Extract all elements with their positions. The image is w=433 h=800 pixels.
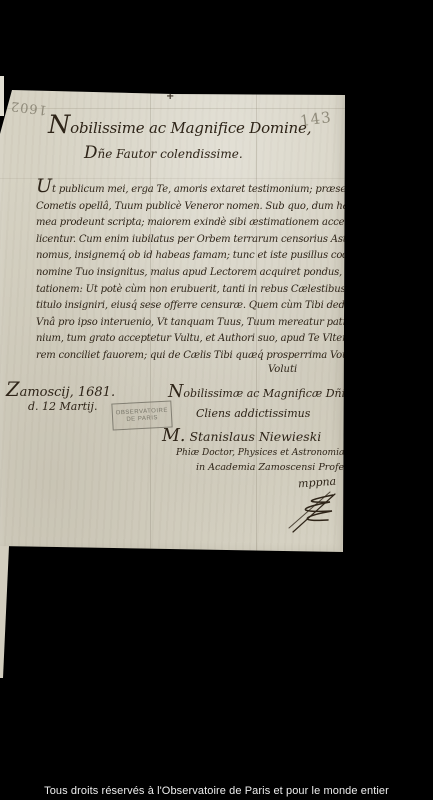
dateline-day: d. 12 Martij. — [28, 400, 97, 413]
body-line: titulo insigniri, eiusq́ sese offerre ce… — [36, 298, 346, 315]
body-line: tationem: Ut potè cùm non erubuerit, tan… — [36, 282, 346, 299]
signature-title-1: Phiæ Doctor, Physices et Astronomiæ — [176, 448, 347, 458]
closing-formula: Cliens addictissimus — [196, 407, 310, 420]
scanned-letter-view: + 1602 143 Nobilissime ac Magnifice Domi… — [0, 0, 433, 800]
body-line: nomine Tuo insignitus, maius apud Lector… — [36, 265, 346, 282]
signature-title-2: in Academia Zamoscensi Professor, — [196, 462, 366, 473]
body-line: Vnâ pro ipso interuenio, Vt tanquam Tuus… — [36, 315, 346, 332]
manuscript-page: + 1602 143 Nobilissime ac Magnifice Domi… — [0, 82, 348, 552]
dateline-place-year: Zamoscij, 1681. — [6, 378, 115, 401]
body-line: mea prodeunt scripta; maiorem exindè sib… — [36, 215, 346, 232]
body-line: Cometis opellâ, Tuum publicè Veneror nom… — [36, 199, 346, 216]
signature-flourish — [286, 490, 340, 536]
adjacent-page-edge-bottom — [0, 546, 10, 678]
stamp-line-2: DE PARIS — [126, 415, 158, 424]
signature-name: M. Stanislaus Niewieski — [162, 426, 321, 446]
body-line: nomus, insignemq́ ob id habeas famam; tu… — [36, 248, 346, 265]
salutation-line-2: Dñe Fautor colendissime. — [84, 142, 243, 162]
body-line: Ut publicum mei, erga Te, amoris extaret… — [36, 178, 346, 199]
body-line: licentur. Cum enim iubilatus per Orbem t… — [36, 232, 346, 249]
salutation-line-1: Nobilissime ac Magnifice Domine, — [48, 110, 311, 140]
manu-propria-abbreviation: mppna — [298, 475, 337, 491]
invocation-cross-mark: + — [166, 91, 174, 102]
catchword: Voluti — [268, 364, 297, 375]
rights-caption: Tous droits réservés à l'Observatoire de… — [0, 785, 433, 797]
fold-crease-horizontal — [0, 108, 348, 109]
pencil-margin-number: 1602 — [9, 98, 48, 117]
letter-body: Ut publicum mei, erga Te, amoris extaret… — [36, 178, 346, 365]
adjacent-page-edge-top — [0, 76, 4, 116]
body-line: rem conciliet fauorem; qui de Cælis Tibi… — [36, 348, 346, 365]
body-line: nium, tum grato acceptetur Vultu, et Aut… — [36, 331, 346, 348]
closing-honorific: Nobilissimæ ac Magnificæ Dñis Tuæ — [168, 382, 379, 402]
